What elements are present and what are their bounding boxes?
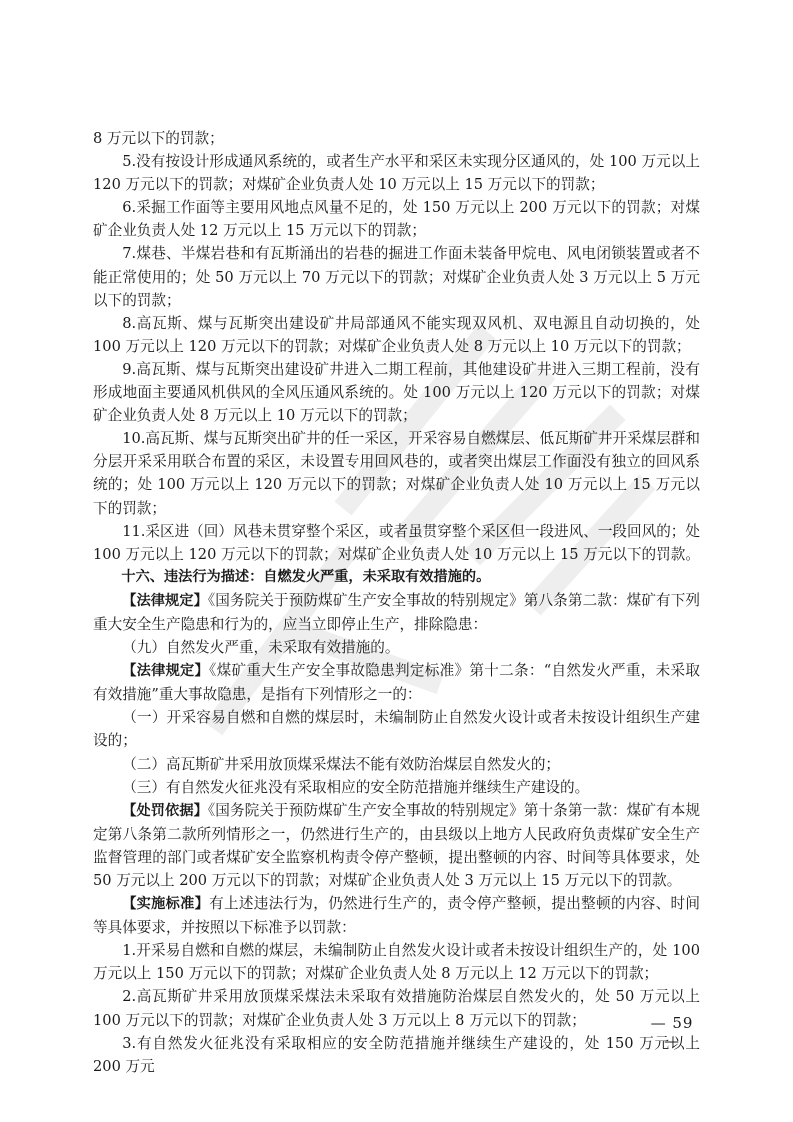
legal-provision-2: 【法律规定】《煤矿重大生产安全事故隐患判定标准》第十二条：“自然发火严重，未采取…: [93, 659, 700, 706]
standard-item-2: 2.高瓦斯矿井采用放顶煤采煤法未采取有效措施防治煤层自然发火的，处 50 万元以…: [93, 985, 700, 1031]
paragraph-label: 【实施标准】: [122, 896, 209, 912]
implementation-standard: 【实施标准】有上述违法行为，仍然进行生产的，责令停产整顿，提出整顿的内容、时间等…: [93, 892, 700, 939]
page-number: — 59 —: [640, 1014, 704, 1050]
paragraph-label: 【处罚依据】: [122, 803, 208, 819]
penalty-item-6: 6.采掘工作面等主要用风地点风量不足的，处 150 万元以上 200 万元以下的…: [93, 196, 700, 242]
penalty-item-10: 10.高瓦斯、煤与瓦斯突出矿井的任一采区，开采容易自燃煤层、低瓦斯矿井开采煤层群…: [93, 427, 700, 519]
section-heading-16: 十六、违法行为描述：自燃发火严重，未采取有效措施的。: [93, 566, 700, 589]
case-2: （二）高瓦斯矿井采用放顶煤采煤法不能有效防治煤层自然发火的；: [93, 753, 700, 776]
legal-provision-1: 【法律规定】《国务院关于预防煤矿生产安全事故的特别规定》第八条第二款：煤矿有下列…: [93, 589, 700, 636]
case-1: （一）开采容易自燃和自燃的煤层时，未编制防止自然发火设计或者未按设计组织生产建设…: [93, 706, 700, 752]
penalty-item-5: 5.没有按设计形成通风系统的，或者生产水平和采区未实现分区通风的，处 100 万…: [93, 150, 700, 196]
standard-item-1: 1.开采易自燃和自燃的煤层，未编制防止自然发火设计或者未按设计组织生产的，处 1…: [93, 939, 700, 985]
paragraph-label: 【法律规定】: [122, 663, 209, 679]
paragraph-continuation: 8 万元以下的罚款；: [93, 127, 700, 150]
penalty-item-7: 7.煤巷、半煤岩巷和有瓦斯涌出的岩巷的掘进工作面未装备甲烷电、风电闭锁装置或者不…: [93, 242, 700, 311]
penalty-item-11: 11.采区进（回）风巷未贯穿整个采区，或者虽贯穿整个采区但一段进风、一段回风的；…: [93, 520, 700, 566]
document-body: 8 万元以下的罚款； 5.没有按设计形成通风系统的，或者生产水平和采区未实现分区…: [93, 127, 700, 1078]
document-page: 8 万元以下的罚款； 5.没有按设计形成通风系统的，或者生产水平和采区未实现分区…: [0, 0, 793, 1122]
standard-item-3: 3.有自然发火征兆没有采取相应的安全防范措施并继续生产建设的，处 150 万元以…: [93, 1032, 700, 1078]
clause-9: （九）自然发火严重，未采取有效措施的。: [93, 636, 700, 659]
penalty-item-9: 9.高瓦斯、煤与瓦斯突出建设矿井进入二期工程前，其他建设矿井进入三期工程前，没有…: [93, 358, 700, 427]
penalty-item-8: 8.高瓦斯、煤与瓦斯突出建设矿井局部通风不能实现双风机、双电源且自动切换的，处 …: [93, 312, 700, 358]
penalty-basis: 【处罚依据】《国务院关于预防煤矿生产安全事故的特别规定》第十条第一款：煤矿有本规…: [93, 799, 700, 892]
paragraph-label: 【法律规定】: [122, 593, 208, 609]
case-3: （三）有自然发火征兆没有采取相应的安全防范措施并继续生产建设的。: [93, 776, 700, 799]
